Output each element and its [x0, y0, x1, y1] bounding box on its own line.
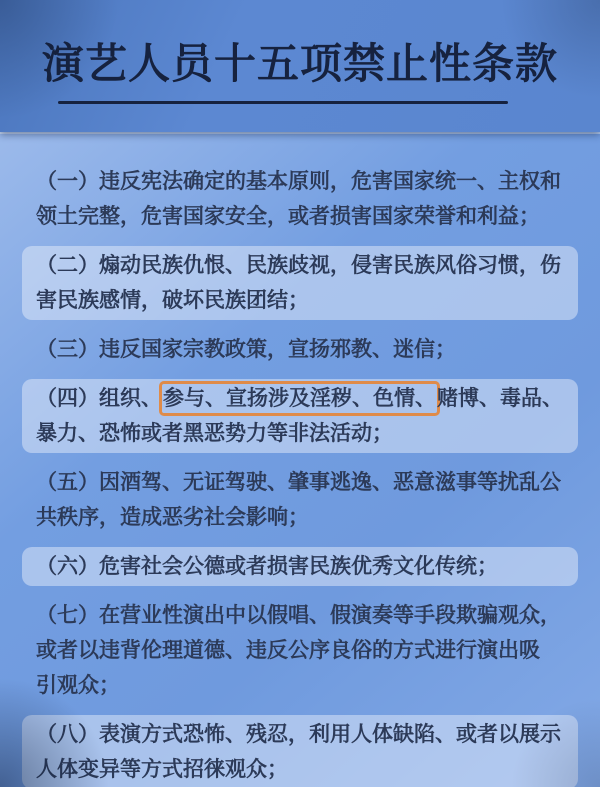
clause-item: （二）煽动民族仇恨、民族歧视，侵害民族风俗习惯，伤 害民族感情，破坏民族团结；: [22, 246, 578, 320]
clause-item: （五）因酒驾、无证驾驶、肇事逃逸、恶意滋事等扰乱公 共秩序，造成恶劣社会影响；: [22, 463, 578, 537]
clause-item: （八）表演方式恐怖、残忍，利用人体缺陷、或者以展示 人体变异等方式招徕观众；: [22, 715, 578, 787]
annotation-box: 参与、宣扬涉及淫秽、色情、: [159, 381, 440, 416]
clause-item: （七）在营业性演出中以假唱、假演奏等手段欺骗观众， 或者以违背伦理道德、违反公序…: [22, 596, 578, 705]
clause-item: （四）组织、参与、宣扬涉及淫秽、色情、赌博、毒品、 暴力、恐怖或者黑恶势力等非法…: [22, 379, 578, 453]
clause-text: （六）危害社会公德或者损害民族优秀文化传统；: [36, 555, 498, 578]
clause-text: （二）煽动民族仇恨、民族歧视，侵害民族风俗习惯，伤 害民族感情，破坏民族团结；: [36, 254, 561, 312]
clause-text: （一）违反宪法确定的基本原则，危害国家统一、主权和 领土完整，危害国家安全，或者…: [36, 170, 561, 228]
clause-text: （三）违反国家宗教政策，宣扬邪教、迷信；: [36, 338, 456, 361]
clause-item: （三）违反国家宗教政策，宣扬邪教、迷信；: [22, 330, 578, 369]
clauses-list: （一）违反宪法确定的基本原则，危害国家统一、主权和 领土完整，危害国家安全，或者…: [0, 132, 600, 787]
page-title: 演艺人员十五项禁止性条款: [0, 0, 600, 90]
clause-text: （四）组织、: [36, 387, 162, 410]
clause-item: （六）危害社会公德或者损害民族优秀文化传统；: [22, 547, 578, 586]
clause-item: （一）违反宪法确定的基本原则，危害国家统一、主权和 领土完整，危害国家安全，或者…: [22, 162, 578, 236]
title-banner: 演艺人员十五项禁止性条款: [0, 0, 600, 132]
poster-page: 演艺人员十五项禁止性条款 （一）违反宪法确定的基本原则，危害国家统一、主权和 领…: [0, 0, 600, 787]
clause-text: （八）表演方式恐怖、残忍，利用人体缺陷、或者以展示 人体变异等方式招徕观众；: [36, 723, 561, 781]
clause-text: （五）因酒驾、无证驾驶、肇事逃逸、恶意滋事等扰乱公 共秩序，造成恶劣社会影响；: [36, 471, 561, 529]
title-underline: [58, 101, 508, 104]
clause-text: （七）在营业性演出中以假唱、假演奏等手段欺骗观众， 或者以违背伦理道德、违反公序…: [36, 604, 561, 697]
